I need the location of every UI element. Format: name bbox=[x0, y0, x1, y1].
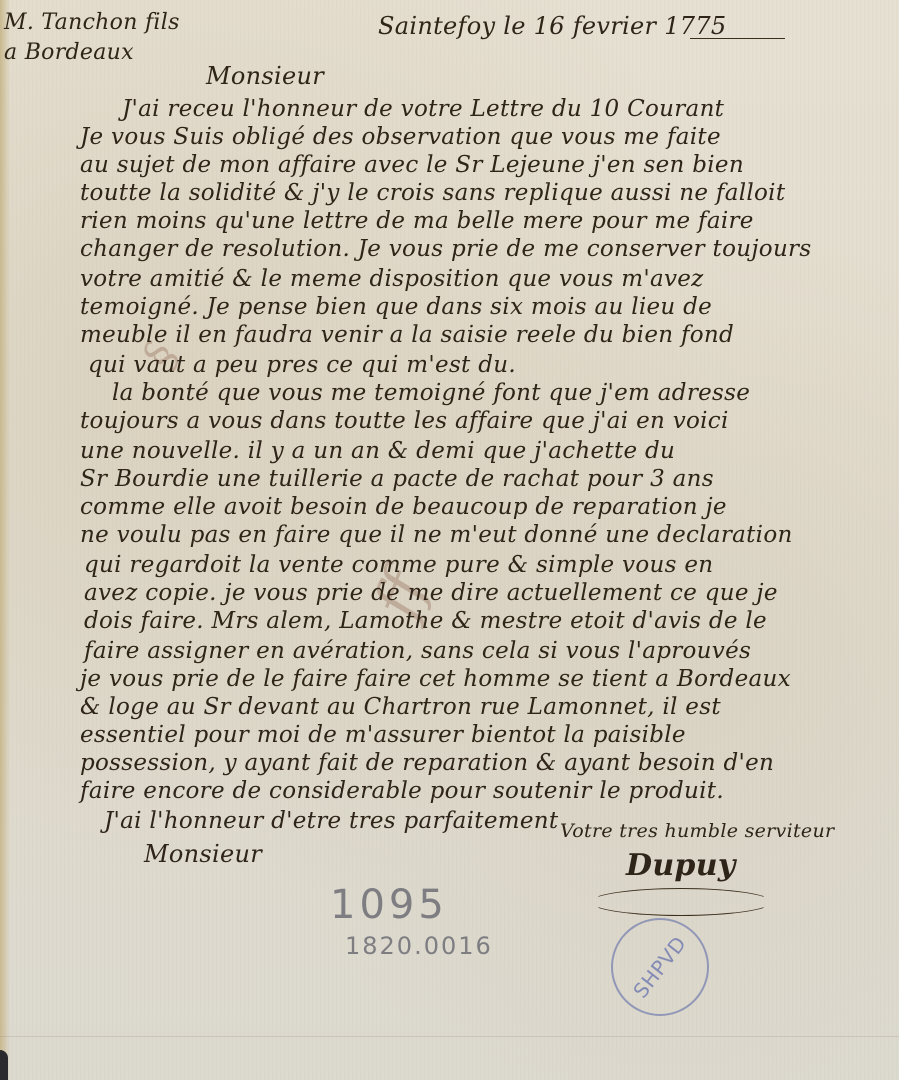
letter-line: rien moins qu'une lettre de ma belle mer… bbox=[80, 208, 754, 234]
letter-line: dois faire. Mrs alem, Lamothe & mestre e… bbox=[84, 608, 767, 634]
letter-line: Sr Bourdie une tuillerie a pacte de rach… bbox=[80, 466, 714, 492]
salutation: Monsieur bbox=[206, 62, 324, 90]
letter-line: faire encore de considerable pour souten… bbox=[80, 778, 724, 804]
letter-line: essentiel pour moi de m'assurer bientot … bbox=[80, 722, 686, 748]
letter-line: & loge au Sr devant au Chartron rue Lamo… bbox=[80, 694, 721, 720]
letter-line: avez copie. je vous prie de me dire actu… bbox=[84, 580, 778, 606]
scan-background-corner bbox=[0, 1050, 8, 1080]
letter-line: J'ai receu l'honneur de votre Lettre du … bbox=[122, 96, 724, 122]
stamp-text: SHPVD bbox=[629, 931, 692, 1002]
archive-stamp: SHPVD bbox=[611, 918, 709, 1016]
signature-flourish bbox=[590, 888, 772, 916]
letter-line: toutte la solidité & j'y le crois sans r… bbox=[80, 180, 785, 206]
closing-salutation: Monsieur bbox=[144, 840, 262, 868]
letter-line: une nouvelle. il y a un an & demi que j'… bbox=[80, 438, 675, 464]
letter-line: ne voulu pas en faire que il ne m'eut do… bbox=[80, 522, 793, 548]
archive-pencil-number: 1095 bbox=[330, 882, 448, 928]
letter-line: la bonté que vous me temoigné font que j… bbox=[112, 380, 750, 406]
paper-fold-line bbox=[0, 1036, 899, 1037]
letter-line: qui regardoit la vente comme pure & simp… bbox=[84, 552, 713, 578]
addressee-name: M. Tanchon fils bbox=[4, 10, 180, 35]
letter-line: votre amitié & le meme disposition que v… bbox=[80, 266, 704, 292]
date-underline bbox=[690, 38, 785, 39]
letter-line: changer de resolution. Je vous prie de m… bbox=[80, 236, 811, 262]
date-line: Saintefoy le 16 fevrier 1775 bbox=[378, 12, 727, 40]
letter-line: Je vous Suis obligé des observation que … bbox=[80, 124, 721, 150]
letter-line: faire assigner en avération, sans cela s… bbox=[84, 638, 751, 664]
closing-line: J'ai l'honneur d'etre tres parfaitement bbox=[104, 808, 558, 834]
letter-page: ff § M. Tanchon fils a Bordeaux Saintefo… bbox=[0, 0, 899, 1080]
letter-line: possession, y ayant fait de reparation &… bbox=[80, 750, 774, 776]
inventory-number: 1820.0016 bbox=[345, 932, 493, 960]
addressee-city: a Bordeaux bbox=[4, 40, 134, 65]
letter-line: meuble il en faudra venir a la saisie re… bbox=[80, 322, 734, 348]
letter-line: temoigné. Je pense bien que dans six moi… bbox=[80, 294, 712, 320]
letter-line: qui vaut a peu pres ce qui m'est du. bbox=[88, 352, 516, 378]
letter-line: au sujet de mon affaire avec le Sr Lejeu… bbox=[80, 152, 744, 178]
signature: Dupuy bbox=[626, 848, 736, 883]
paper-left-edge bbox=[0, 0, 10, 1080]
letter-line: je vous prie de le faire faire cet homme… bbox=[80, 666, 791, 692]
letter-line: toujours a vous dans toutte les affaire … bbox=[80, 408, 729, 434]
closing-formula: Votre tres humble serviteur bbox=[560, 820, 834, 842]
letter-line: comme elle avoit besoin de beaucoup de r… bbox=[80, 494, 727, 520]
